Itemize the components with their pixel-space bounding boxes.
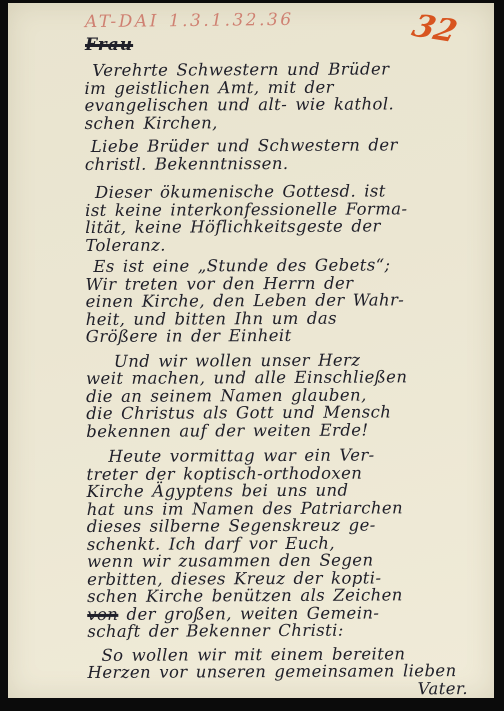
handwritten-line: christl. Bekenntnissen. (85, 154, 467, 173)
crossed-out-word: Frau (85, 35, 133, 55)
handwritten-line: weit machen, und alle Einschließen (86, 368, 468, 387)
page-number: 32 (408, 8, 461, 50)
handwritten-line: Es ist eine „Stunde des Gebets“; (85, 256, 467, 275)
paragraph: Es ist eine „Stunde des Gebets“;Wir tret… (85, 256, 467, 345)
handwritten-line: schen Kirche benützen als Zeichen (87, 586, 469, 605)
handwritten-line: lität, keine Höflichkeitsgeste der (85, 217, 467, 236)
handwritten-line: schaft der Bekenner Christi: (87, 621, 469, 640)
struck-word: von (87, 604, 118, 623)
paragraph: Liebe Brüder und Schwestern derchristl. … (85, 136, 467, 173)
paragraph: Dieser ökumenische Gottesd. istist keine… (85, 182, 467, 254)
handwritten-line: Kirche Ägyptens bei uns und (87, 481, 469, 500)
handwritten-line: Dieser ökumenische Gottesd. ist (85, 182, 467, 201)
handwritten-line: Größere in der Einheit (86, 326, 468, 345)
handwritten-line: Herzen vor unseren gemeinsamen lieben (87, 662, 469, 681)
archive-reference: AT-DAI 1.3.1.32.36 (85, 10, 294, 32)
handwritten-line: Vater. (88, 679, 470, 698)
handwritten-line: evangelischen und alt- wie kathol. (85, 95, 467, 114)
paragraph: Und wir wollen unser Herzweit machen, un… (86, 351, 468, 440)
handwritten-line: Toleranz. (85, 235, 467, 254)
scan-background: AT-DAI 1.3.1.32.36 32 Frau Verehrte Schw… (0, 0, 504, 711)
handwritten-line: die Christus als Gott und Mensch (86, 403, 468, 422)
handwritten-line: Liebe Brüder und Schwestern der (85, 136, 467, 155)
handwritten-line: dieses silberne Segenskreuz ge- (87, 516, 469, 535)
handwritten-line: schen Kirchen, (85, 113, 467, 132)
handwritten-line: bekennen auf der weiten Erde! (86, 420, 468, 439)
paragraph: Heute vormittag war ein Ver-treter der k… (86, 446, 469, 640)
manuscript-paper: AT-DAI 1.3.1.32.36 32 Frau Verehrte Schw… (8, 3, 494, 698)
handwritten-line: einen Kirche, den Leben der Wahr- (86, 291, 468, 310)
handwritten-line: Verehrte Schwestern und Brüder (84, 60, 466, 79)
paragraph: So wollen wir mit einem bereitenHerzen v… (87, 644, 469, 698)
manuscript-body: Verehrte Schwestern und Brüderim geistli… (84, 60, 469, 699)
handwritten-line: wenn wir zusammen den Segen (87, 551, 469, 570)
handwritten-line: Heute vormittag war ein Ver- (86, 446, 468, 465)
paragraph: Verehrte Schwestern und Brüderim geistli… (84, 60, 466, 132)
